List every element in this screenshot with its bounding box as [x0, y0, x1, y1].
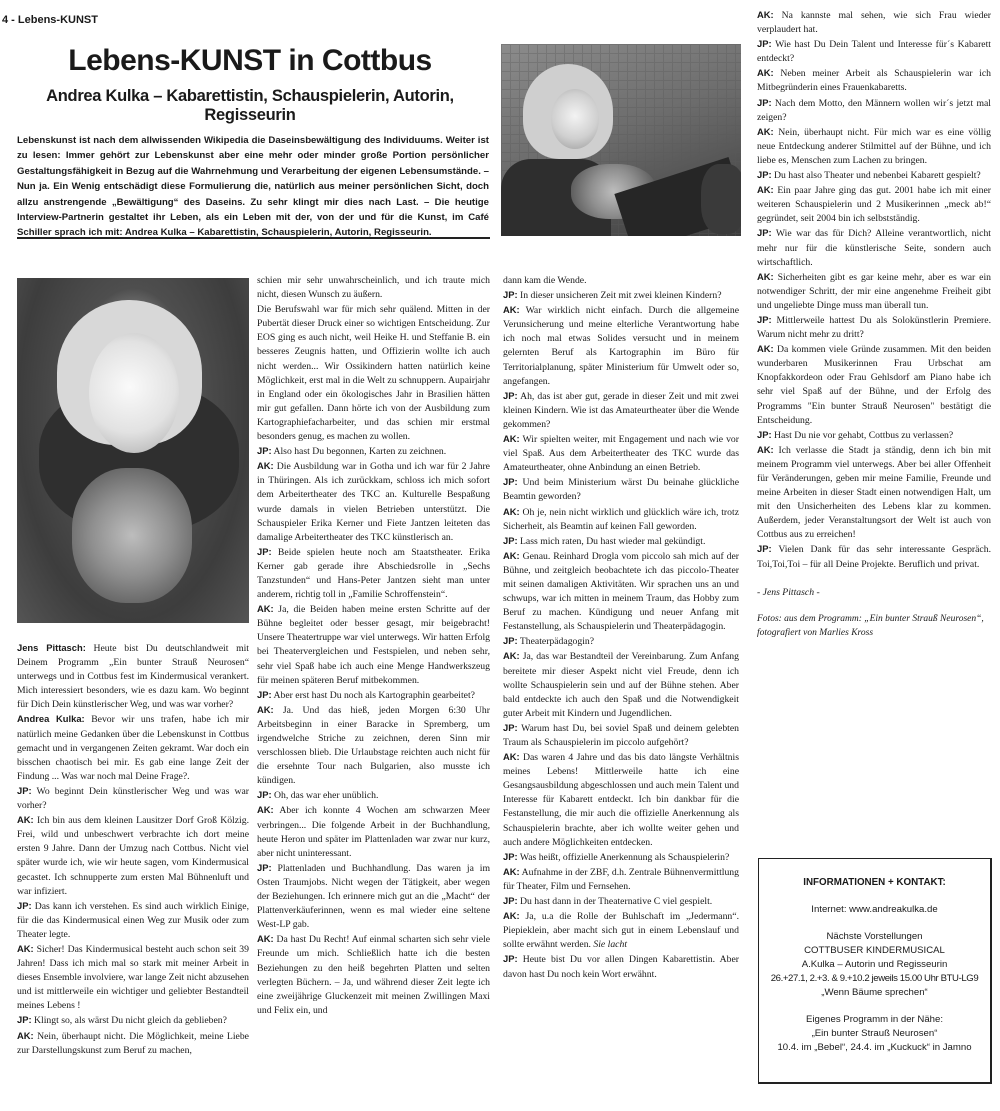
speaker-label: JP: [17, 1014, 32, 1025]
speaker-label: JP: [503, 722, 518, 733]
speaker-label: AK: [257, 804, 274, 815]
interview-paragraph: JP: Klingt so, als wärst Du nicht gleich… [17, 1013, 249, 1028]
author-byline: - Jens Pittasch - [757, 586, 991, 600]
info-contact-box: INFORMATIONEN + KONTAKT: Internet: www.a… [758, 858, 992, 1084]
speaker-label: AK: [17, 943, 34, 954]
interview-paragraph: JP: Theaterpädagogin? [503, 634, 739, 649]
article-column-3: dann kam die Wende. JP: In dieser unsich… [503, 273, 739, 982]
interview-paragraph: JP: Aber erst hast Du noch als Kartograp… [257, 688, 490, 703]
interview-paragraph: AK: Da hast Du Recht! Auf einmal scharte… [257, 932, 490, 1018]
stage-direction: Sie lacht [593, 939, 627, 950]
fur-shape [701, 164, 741, 234]
speaker-label: AK: [757, 444, 774, 455]
interview-paragraph: dann kam die Wende. [503, 273, 739, 288]
photo-credit: Fotos: aus dem Programm: „Ein bunter Str… [757, 612, 991, 640]
interview-paragraph: JP: Wo beginnt Dein künstlerischer Weg u… [17, 784, 249, 813]
interview-paragraph: AK: Ich bin aus dem kleinen Lausitzer Do… [17, 813, 249, 899]
speaker-label: JP: [503, 635, 518, 646]
speaker-label: AK: [257, 704, 274, 715]
interview-paragraph: JP: Wie hast Du Dein Talent und Interess… [757, 37, 991, 66]
interview-paragraph: AK: Die Ausbildung war in Gotha und ich … [257, 459, 490, 545]
interview-paragraph: AK: War wirklich nicht einfach. Durch di… [503, 303, 739, 389]
interview-paragraph: schien mir sehr unwahrscheinlich, und ic… [257, 273, 490, 302]
interview-paragraph: AK: Na kannste mal sehen, wie sich Frau … [757, 8, 991, 37]
speaker-label: JP: [503, 289, 518, 300]
interview-paragraph: AK: Nein, überhaupt nicht. Die Möglichke… [17, 1029, 249, 1058]
speaker-label: JP: [757, 543, 772, 554]
interview-paragraph: JP: Ah, das ist aber gut, gerade in dies… [503, 389, 739, 432]
interview-paragraph: JP: Was heißt, offizielle Anerkennung al… [503, 850, 739, 865]
speaker-label: Jens Pittasch: [17, 642, 86, 653]
interview-paragraph: JP: Und beim Ministerium wärst Du beinah… [503, 475, 739, 504]
speaker-label: Andrea Kulka: [17, 713, 85, 724]
interview-paragraph: JP: Plattenladen und Buchhandlung. Das w… [257, 861, 490, 932]
speaker-label: AK: [757, 343, 774, 354]
speaker-label: JP: [757, 169, 772, 180]
speaker-label: JP: [257, 689, 272, 700]
interview-paragraph: JP: Hast Du nie vor gehabt, Cottbus zu v… [757, 428, 991, 443]
interview-paragraph: AK: Ein paar Jahre ging das gut. 2001 ha… [757, 183, 991, 226]
photo-bouquet-portrait [17, 278, 249, 623]
speaker-label: JP: [757, 314, 772, 325]
article-column-1: Jens Pittasch: Heute bist Du deutschland… [17, 641, 249, 1058]
interview-paragraph: AK: Neben meiner Arbeit als Schauspieler… [757, 66, 991, 95]
interview-paragraph: AK: Aber ich konnte 4 Wochen am schwarze… [257, 803, 490, 860]
speaker-label: JP: [757, 97, 772, 108]
speaker-label: JP: [757, 227, 772, 238]
infobox-own-program: Eigenes Programm in der Nähe: „Ein bunte… [759, 1013, 990, 1055]
speaker-label: AK: [17, 1030, 34, 1041]
interview-paragraph: JP: Warum hast Du, bei soviel Spaß und d… [503, 721, 739, 750]
interview-paragraph: JP: Vielen Dank für das sehr interessant… [757, 542, 991, 571]
interview-paragraph: JP: Lass mich raten, Du hast wieder mal … [503, 534, 739, 549]
speaker-label: JP: [257, 445, 272, 456]
interview-paragraph: AK: Ja. Und das hieß, jeden Morgen 6:30 … [257, 703, 490, 789]
interview-paragraph: JP: Du hast dann in der Theaternative C … [503, 894, 739, 909]
speaker-label: AK: [257, 603, 274, 614]
interview-paragraph: Die Berufswahl war für mich sehr quälend… [257, 302, 490, 444]
speaker-label: JP: [257, 862, 272, 873]
speaker-label: AK: [503, 550, 520, 561]
speaker-label: JP: [257, 546, 272, 557]
speaker-label: AK: [757, 67, 774, 78]
speaker-label: AK: [257, 933, 274, 944]
speaker-label: AK: [503, 910, 520, 921]
speaker-label: JP: [257, 789, 272, 800]
article-column-4: AK: Na kannste mal sehen, wie sich Frau … [757, 8, 991, 640]
speaker-label: AK: [757, 184, 774, 195]
speaker-label: JP: [503, 953, 518, 964]
interview-paragraph: AK: Ja, das war Bestandteil der Vereinba… [503, 649, 739, 720]
interview-paragraph: JP: Mittlerweile hattest Du als Soloküns… [757, 313, 991, 342]
speaker-label: JP: [503, 535, 518, 546]
photo-accordion-portrait [501, 44, 741, 236]
interview-paragraph: AK: Nein, überhaupt nicht. Für mich war … [757, 125, 991, 168]
interview-paragraph: JP: Also hast Du begonnen, Karten zu zei… [257, 444, 490, 459]
speaker-label: JP: [503, 390, 518, 401]
speaker-label: AK: [257, 460, 274, 471]
article-intro: Lebenskunst ist nach dem allwissenden Wi… [17, 133, 489, 241]
speaker-label: AK: [503, 304, 520, 315]
page-section-label: 4 - Lebens-KUNST [2, 14, 98, 26]
interview-paragraph: AK: Ja, u.a die Rolle der Buhlschaft im … [503, 909, 739, 952]
speaker-label: AK: [503, 650, 520, 661]
interview-paragraph: AK: Da kommen viele Gründe zusammen. Mit… [757, 342, 991, 428]
interview-paragraph: JP: Das kann ich verstehen. Es sind auch… [17, 899, 249, 942]
speaker-label: JP: [17, 785, 32, 796]
article-subheadline: Andrea Kulka – Kabarettistin, Schauspiel… [0, 87, 500, 125]
interview-paragraph: JP: Oh, das war eher unüblich. [257, 788, 490, 803]
speaker-label: JP: [757, 429, 772, 440]
interview-paragraph: JP: Wie war das für Dich? Alleine verant… [757, 226, 991, 269]
speaker-label: AK: [503, 866, 520, 877]
face-shape [551, 89, 599, 149]
interview-paragraph: JP: Nach dem Motto, den Männern wollen w… [757, 96, 991, 125]
interview-paragraph: AK: Wir spielten weiter, mit Engagement … [503, 432, 739, 475]
article-column-2: schien mir sehr unwahrscheinlich, und ic… [257, 273, 490, 1018]
interview-paragraph: AK: Aufnahme in der ZBF, d.h. Zentrale B… [503, 865, 739, 894]
interview-paragraph: AK: Sicher! Das Kindermusical besteht au… [17, 942, 249, 1013]
speaker-label: JP: [17, 900, 32, 911]
interview-paragraph: AK: Ja, die Beiden haben meine ersten Sc… [257, 602, 490, 688]
interview-paragraph: JP: Heute bist Du vor allen Dingen Kabar… [503, 952, 739, 981]
interview-paragraph: AK: Genau. Reinhard Drogla vom piccolo s… [503, 549, 739, 635]
interview-paragraph: JP: Beide spielen heute noch am Staatsth… [257, 545, 490, 602]
speaker-label: AK: [503, 506, 520, 517]
interview-paragraph: AK: Sicherheiten gibt es gar keine mehr,… [757, 270, 991, 313]
interview-paragraph: AK: Oh je, nein nicht wirklich und glück… [503, 505, 739, 534]
speaker-label: JP: [503, 476, 518, 487]
speaker-label: AK: [757, 126, 774, 137]
interview-paragraph: JP: In dieser unsicheren Zeit mit zwei k… [503, 288, 739, 303]
speaker-label: AK: [757, 9, 774, 20]
infobox-upcoming-shows: Nächste Vorstellungen COTTBUSER KINDERMU… [759, 930, 990, 1000]
bouquet-shape [72, 468, 192, 603]
intro-divider [17, 237, 490, 239]
article-headline: Lebens-KUNST in Cottbus [0, 44, 500, 78]
interview-paragraph: JP: Du hast also Theater und nebenbei Ka… [757, 168, 991, 183]
speaker-label: JP: [503, 895, 518, 906]
speaker-label: AK: [503, 751, 520, 762]
speaker-label: JP: [757, 38, 772, 49]
speaker-label: AK: [503, 433, 520, 444]
speaker-label: AK: [17, 814, 34, 825]
interview-paragraph: AK: Das waren 4 Jahre und das bis dato l… [503, 750, 739, 850]
infobox-title: INFORMATIONEN + KONTAKT: [759, 876, 990, 890]
interview-paragraph: Jens Pittasch: Heute bist Du deutschland… [17, 641, 249, 712]
speaker-label: AK: [757, 271, 774, 282]
infobox-website-link[interactable]: Internet: www.andreakulka.de [759, 903, 990, 917]
interview-paragraph: AK: Ich verlasse die Stadt ja ständig, d… [757, 443, 991, 543]
speaker-label: JP: [503, 851, 518, 862]
face-shape [89, 333, 179, 453]
interview-paragraph: Andrea Kulka: Bevor wir uns trafen, habe… [17, 712, 249, 783]
